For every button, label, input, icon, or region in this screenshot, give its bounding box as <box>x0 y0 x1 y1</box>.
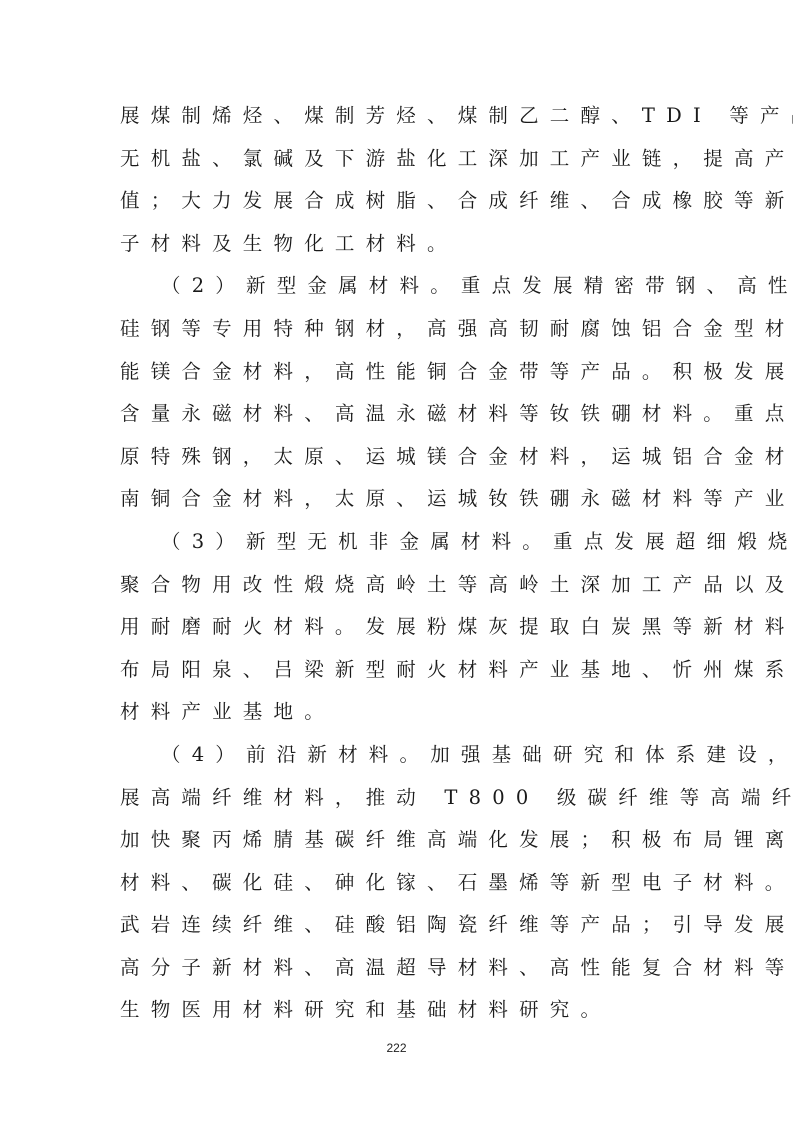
text-line: 硅钢等专用特种钢材，高强高韧耐腐蚀铝合金型材，高性 <box>120 308 676 351</box>
text-line: 展高端纤维材料，推动 T800 级碳纤维等高端纤维产业化， <box>120 777 676 820</box>
page-number: 222 <box>0 1041 793 1055</box>
text-line: 含量永磁材料、高温永磁材料等钕铁硼材料。重点布局太 <box>120 393 676 436</box>
text-line: 材料、碳化硅、砷化镓、石墨烯等新型电子材料。开发玄 <box>120 862 676 905</box>
text-line: 值；大力发展合成树脂、合成纤维、合成橡胶等新型高分 <box>120 180 676 223</box>
paragraph-new-inorganic-nonmetal-materials: （3）新型无机非金属材料。重点发展超细煅烧高岭土、 聚合物用改性煅烧高岭土等高岭… <box>120 521 676 734</box>
document-page-body: 展煤制烯烃、煤制芳烃、煤制乙二醇、TDI 等产品；构建 无机盐、氯碱及下游盐化工… <box>120 95 676 1032</box>
text-line: 高分子新材料、高温超导材料、高性能复合材料等；加强 <box>120 947 676 990</box>
text-line: 聚合物用改性煅烧高岭土等高岭土深加工产品以及煤化工 <box>120 564 676 607</box>
text-line: 展煤制烯烃、煤制芳烃、煤制乙二醇、TDI 等产品；构建 <box>120 95 676 138</box>
text-line: 布局阳泉、吕梁新型耐火材料产业基地、忻州煤系高岭土 <box>120 649 676 692</box>
text-line: 用耐磨耐火材料。发展粉煤灰提取白炭黑等新材料。重点 <box>120 606 676 649</box>
paragraph-frontier-new-materials: （4）前沿新材料。加强基础研究和体系建设，重点发 展高端纤维材料，推动 T800… <box>120 734 676 1032</box>
text-line: （3）新型无机非金属材料。重点发展超细煅烧高岭土、 <box>120 521 676 564</box>
text-line: 原特殊钢，太原、运城镁合金材料，运城铝合金材料，晋 <box>120 436 676 479</box>
text-line: （2）新型金属材料。重点发展精密带钢、高性能取向 <box>120 265 676 308</box>
text-line: 武岩连续纤维、硅酸铝陶瓷纤维等产品；引导发展生物基 <box>120 904 676 947</box>
text-line: 能镁合金材料，高性能铜合金带等产品。积极发展低稀土 <box>120 351 676 394</box>
text-line: 材料产业基地。 <box>120 691 676 734</box>
paragraph-new-metal-materials: （2）新型金属材料。重点发展精密带钢、高性能取向 硅钢等专用特种钢材，高强高韧耐… <box>120 265 676 521</box>
text-line: 子材料及生物化工材料。 <box>120 223 676 266</box>
text-line: 无机盐、氯碱及下游盐化工深加工产业链，提高产品附加 <box>120 138 676 181</box>
text-line: 南铜合金材料，太原、运城钕铁硼永磁材料等产业基地。 <box>120 478 676 521</box>
text-line: 生物医用材料研究和基础材料研究。 <box>120 989 676 1032</box>
text-line: 加快聚丙烯腈基碳纤维高端化发展；积极布局锂离子电池 <box>120 819 676 862</box>
paragraph-continued: 展煤制烯烃、煤制芳烃、煤制乙二醇、TDI 等产品；构建 无机盐、氯碱及下游盐化工… <box>120 95 676 265</box>
text-line: （4）前沿新材料。加强基础研究和体系建设，重点发 <box>120 734 676 777</box>
